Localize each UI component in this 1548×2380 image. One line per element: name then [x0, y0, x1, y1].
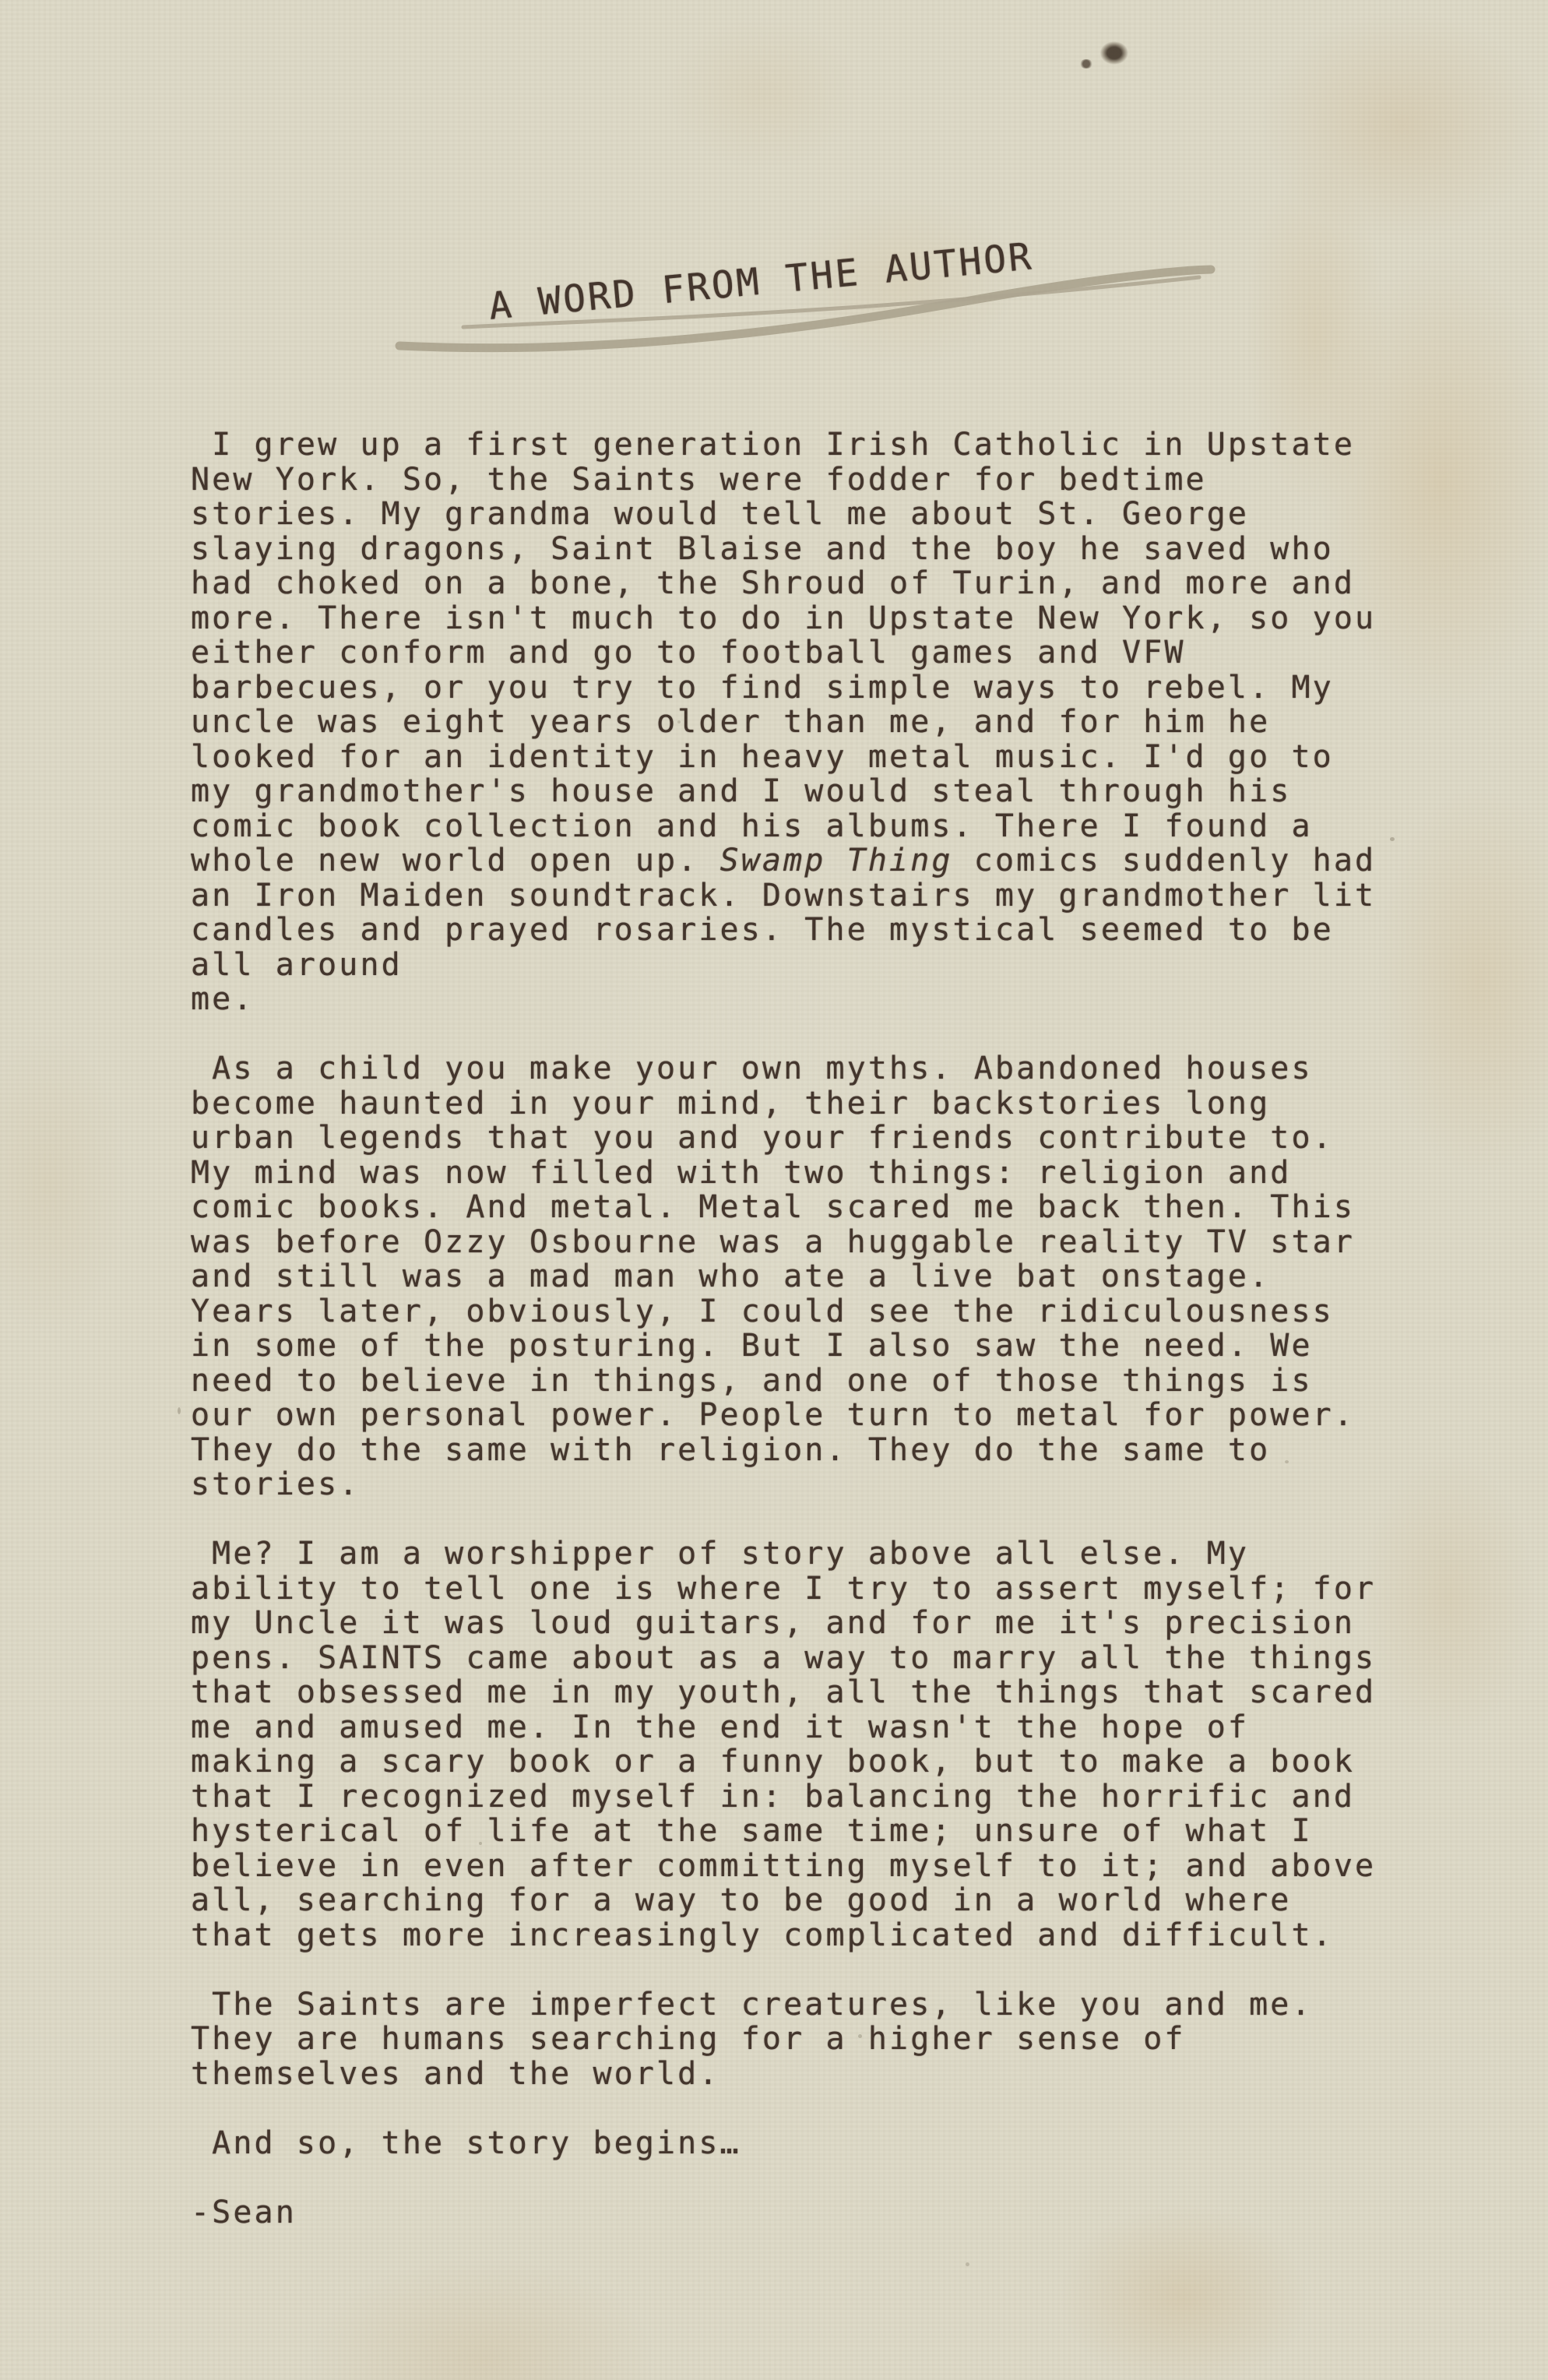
text-line: barbecues, or you try to find simple way…: [191, 671, 1421, 706]
paragraph: Me? I am a worshipper of story above all…: [191, 1537, 1421, 1952]
text-line: that I recognized myself in: balancing t…: [191, 1780, 1421, 1815]
text-line: more. There isn't much to do in Upstate …: [191, 601, 1421, 636]
text-line: And so, the story begins…: [191, 2126, 1421, 2161]
text-line: stories. My grandma would tell me about …: [191, 497, 1421, 532]
text-line: themselves and the world.: [191, 2057, 1421, 2092]
text-line: pens. SAINTS came about as a way to marr…: [191, 1641, 1421, 1676]
text-line: in some of the posturing. But I also saw…: [191, 1329, 1421, 1364]
paragraph: As a child you make your own myths. Aban…: [191, 1051, 1421, 1502]
text-line: ability to tell one is where I try to as…: [191, 1572, 1421, 1607]
text-line: comic book collection and his albums. Th…: [191, 809, 1421, 844]
ink-blot: [1096, 39, 1131, 70]
signature: -Sean: [191, 2195, 1421, 2230]
text-line: I grew up a first generation Irish Catho…: [191, 428, 1421, 463]
text-line: They are humans searching for a higher s…: [191, 2022, 1421, 2057]
text-line: urban legends that you and your friends …: [191, 1121, 1421, 1156]
text-line: an Iron Maiden soundtrack. Downstairs my…: [191, 878, 1421, 914]
paragraph: I grew up a first generation Irish Catho…: [191, 428, 1421, 1017]
text-line: My mind was now filled with two things: …: [191, 1156, 1421, 1191]
text-line: The Saints are imperfect creatures, like…: [191, 1987, 1421, 2023]
author-note-page: A WORD FROM THE AUTHOR I grew up a first…: [0, 0, 1548, 2380]
text-line: New York. So, the Saints were fodder for…: [191, 463, 1421, 498]
text-line: Me? I am a worshipper of story above all…: [191, 1537, 1421, 1572]
text-line: me.: [191, 982, 1421, 1017]
text-line: candles and prayed rosaries. The mystica…: [191, 913, 1421, 948]
paragraph: The Saints are imperfect creatures, like…: [191, 1987, 1421, 2092]
text-line: believe in even after committing myself …: [191, 1849, 1421, 1884]
text-line: our own personal power. People turn to m…: [191, 1398, 1421, 1433]
text-line: uncle was eight years older than me, and…: [191, 705, 1421, 740]
text-line: need to believe in things, and one of th…: [191, 1364, 1421, 1399]
text-line: making a scary book or a funny book, but…: [191, 1745, 1421, 1780]
italic-phrase: Swamp Thing: [720, 843, 953, 878]
paper-speck: [178, 1407, 181, 1414]
paragraph: And so, the story begins…: [191, 2126, 1421, 2161]
text-line: all around: [191, 948, 1421, 983]
text-line: As a child you make your own myths. Aban…: [191, 1051, 1421, 1086]
text-line: stories.: [191, 1467, 1421, 1502]
text-line: my Uncle it was loud guitars, and for me…: [191, 1606, 1421, 1641]
text-line: slaying dragons, Saint Blaise and the bo…: [191, 532, 1421, 567]
text-line: that gets more increasingly complicated …: [191, 1918, 1421, 1953]
text-line: had choked on a bone, the Shroud of Turi…: [191, 566, 1421, 601]
text-line: and still was a mad man who ate a live b…: [191, 1259, 1421, 1294]
text-line: whole new world open up. Swamp Thing com…: [191, 843, 1421, 878]
text-line: that obsessed me in my youth, all the th…: [191, 1675, 1421, 1710]
text-line: my grandmother's house and I would steal…: [191, 774, 1421, 809]
body-text: I grew up a first generation Irish Catho…: [191, 428, 1421, 2230]
text-line: hysterical of life at the same time; uns…: [191, 1814, 1421, 1849]
paper-speck: [966, 2262, 969, 2266]
text-line: was before Ozzy Osbourne was a huggable …: [191, 1225, 1421, 1260]
text-line: either conform and go to football games …: [191, 635, 1421, 671]
text-line: all, searching for a way to be good in a…: [191, 1883, 1421, 1918]
text-line: me and amused me. In the end it wasn't t…: [191, 1710, 1421, 1745]
text-line: become haunted in your mind, their backs…: [191, 1086, 1421, 1121]
text-line: looked for an identity in heavy metal mu…: [191, 740, 1421, 775]
text-line: They do the same with religion. They do …: [191, 1433, 1421, 1468]
text-line: Years later, obviously, I could see the …: [191, 1294, 1421, 1329]
text-line: comic books. And metal. Metal scared me …: [191, 1190, 1421, 1225]
paragraphs: I grew up a first generation Irish Catho…: [191, 428, 1421, 2160]
